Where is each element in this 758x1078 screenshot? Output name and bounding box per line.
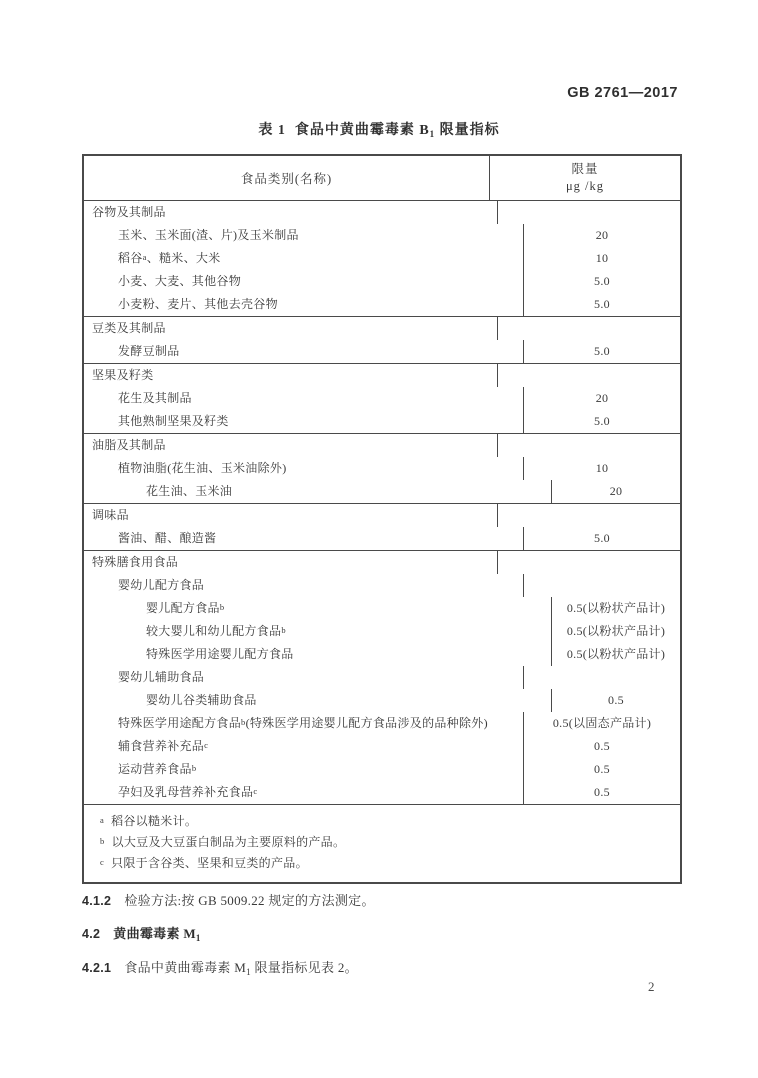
table-title: 表 1 食品中黄曲霉毒素 B1 限量指标 (0, 119, 758, 139)
footnote-item: a稻谷以糙米计。 (84, 811, 680, 832)
category-cell: 特殊医学用途婴儿配方食品 (84, 643, 551, 666)
limit-cell: 0.5(以粉状产品计) (551, 597, 680, 620)
category-cell: 酱油、醋、酿造酱 (84, 527, 523, 550)
limit-cell: 0.5 (523, 758, 680, 781)
footnote-marker: b (100, 836, 105, 846)
category-cell: 小麦、大麦、其他谷物 (84, 270, 523, 293)
clause-number: 4.2 (82, 927, 100, 941)
limit-cell: 5.0 (523, 270, 680, 293)
table-row: 小麦、大麦、其他谷物5.0 (84, 270, 680, 293)
category-cell: 花生及其制品 (84, 387, 523, 410)
table-footnotes: a稻谷以糙米计。b以大豆及大豆蛋白制品为主要原料的产品。c只限于含谷类、坚果和豆… (84, 804, 680, 882)
limit-cell: 0.5 (523, 735, 680, 758)
category-cell: 植物油脂(花生油、玉米油除外) (84, 457, 523, 480)
limit-cell: 5.0 (523, 410, 680, 433)
table-row: 谷物及其制品 (84, 201, 680, 224)
category-cell: 坚果及籽类 (84, 364, 497, 387)
table-row: 其他熟制坚果及籽类5.0 (84, 410, 680, 433)
category-cell: 豆类及其制品 (84, 317, 497, 340)
limit-cell: 20 (523, 387, 680, 410)
table-section: 特殊膳食用食品婴幼儿配方食品婴儿配方食品b0.5(以粉状产品计)较大婴儿和幼儿配… (84, 550, 680, 804)
limit-cell (523, 574, 680, 597)
limit-cell: 0.5(以粉状产品计) (551, 620, 680, 643)
table-row: 特殊医学用途婴儿配方食品0.5(以粉状产品计) (84, 643, 680, 666)
table-row: 婴幼儿谷类辅助食品0.5 (84, 689, 680, 712)
category-cell: 较大婴儿和幼儿配方食品b (84, 620, 551, 643)
table-row: 较大婴儿和幼儿配方食品b0.5(以粉状产品计) (84, 620, 680, 643)
table-row: 辅食营养补充品c0.5 (84, 735, 680, 758)
limit-cell: 0.5(以固态产品计) (523, 712, 680, 735)
limit-cell: 5.0 (523, 293, 680, 316)
category-cell: 调味品 (84, 504, 497, 527)
limit-cell (497, 434, 680, 457)
table-row: 孕妇及乳母营养补充食品c0.5 (84, 781, 680, 804)
limit-header-unit: μg /kg (566, 178, 604, 195)
table-section: 豆类及其制品发酵豆制品5.0 (84, 316, 680, 363)
category-cell: 油脂及其制品 (84, 434, 497, 457)
category-cell: 稻谷a、糙米、大米 (84, 247, 523, 270)
table-row: 婴幼儿辅助食品 (84, 666, 680, 689)
table-row: 婴儿配方食品b0.5(以粉状产品计) (84, 597, 680, 620)
limit-cell: 20 (523, 224, 680, 247)
table-row: 稻谷a、糙米、大米10 (84, 247, 680, 270)
category-cell: 花生油、玉米油 (84, 480, 551, 503)
clause-text: 黄曲霉毒素 M1 (113, 926, 200, 941)
table-body: 谷物及其制品玉米、玉米面(渣、片)及玉米制品20稻谷a、糙米、大米10小麦、大麦… (84, 200, 680, 804)
table-row: 玉米、玉米面(渣、片)及玉米制品20 (84, 224, 680, 247)
category-cell: 特殊医学用途配方食品b(特殊医学用途婴儿配方食品涉及的品种除外) (84, 712, 523, 735)
table-row: 油脂及其制品 (84, 434, 680, 457)
limit-cell: 0.5 (523, 781, 680, 804)
clause-number: 4.2.1 (82, 961, 111, 975)
table-row: 调味品 (84, 504, 680, 527)
category-cell: 运动营养食品b (84, 758, 523, 781)
clause-text: 检验方法:按 GB 5009.22 规定的方法测定。 (124, 893, 374, 908)
category-cell: 玉米、玉米面(渣、片)及玉米制品 (84, 224, 523, 247)
limit-cell (497, 364, 680, 387)
footnote-marker: a (100, 815, 104, 825)
page-number: 2 (648, 979, 655, 995)
limit-cell: 0.5 (551, 689, 680, 712)
category-cell: 婴幼儿配方食品 (84, 574, 523, 597)
clause-paragraph: 4.2黄曲霉毒素 M1 (82, 924, 678, 945)
limit-cell: 20 (551, 480, 680, 503)
table-row: 运动营养食品b0.5 (84, 758, 680, 781)
limit-cell: 5.0 (523, 340, 680, 363)
limit-cell: 10 (523, 247, 680, 270)
table-row: 特殊膳食用食品 (84, 551, 680, 574)
footnote-text: 只限于含谷类、坚果和豆类的产品。 (111, 856, 308, 870)
category-cell: 婴幼儿谷类辅助食品 (84, 689, 551, 712)
category-cell: 小麦粉、麦片、其他去壳谷物 (84, 293, 523, 316)
footnote-text: 稻谷以糙米计。 (111, 814, 197, 828)
standard-number: GB 2761—2017 (567, 85, 678, 101)
column-header-category: 食品类别(名称) (84, 156, 489, 200)
limit-cell: 0.5(以粉状产品计) (551, 643, 680, 666)
footnote-item: b以大豆及大豆蛋白制品为主要原料的产品。 (84, 832, 680, 853)
category-cell: 发酵豆制品 (84, 340, 523, 363)
table-row: 小麦粉、麦片、其他去壳谷物5.0 (84, 293, 680, 316)
table-row: 豆类及其制品 (84, 317, 680, 340)
limit-cell: 10 (523, 457, 680, 480)
table-row: 花生及其制品20 (84, 387, 680, 410)
limit-cell (497, 504, 680, 527)
limit-cell (497, 201, 680, 224)
table-row: 婴幼儿配方食品 (84, 574, 680, 597)
table-row: 植物油脂(花生油、玉米油除外)10 (84, 457, 680, 480)
category-cell: 辅食营养补充品c (84, 735, 523, 758)
table-row: 花生油、玉米油20 (84, 480, 680, 503)
category-cell: 谷物及其制品 (84, 201, 497, 224)
table-row: 坚果及籽类 (84, 364, 680, 387)
clause-text: 食品中黄曲霉毒素 M1 限量指标见表 2。 (124, 960, 358, 975)
limit-header-label: 限量 (571, 161, 598, 178)
footnote-text: 以大豆及大豆蛋白制品为主要原料的产品。 (112, 835, 346, 849)
clause-paragraph: 4.1.2检验方法:按 GB 5009.22 规定的方法测定。 (82, 891, 678, 911)
category-cell: 孕妇及乳母营养补充食品c (84, 781, 523, 804)
table-section: 坚果及籽类花生及其制品20其他熟制坚果及籽类5.0 (84, 363, 680, 433)
category-cell: 其他熟制坚果及籽类 (84, 410, 523, 433)
table-section: 谷物及其制品玉米、玉米面(渣、片)及玉米制品20稻谷a、糙米、大米10小麦、大麦… (84, 200, 680, 316)
body-paragraphs: 4.1.2检验方法:按 GB 5009.22 规定的方法测定。4.2黄曲霉毒素 … (82, 891, 678, 992)
column-header-limit: 限量 μg /kg (489, 156, 680, 200)
footnote-marker: c (100, 857, 104, 867)
category-cell: 婴儿配方食品b (84, 597, 551, 620)
table-row: 特殊医学用途配方食品b(特殊医学用途婴儿配方食品涉及的品种除外)0.5(以固态产… (84, 712, 680, 735)
clause-paragraph: 4.2.1食品中黄曲霉毒素 M1 限量指标见表 2。 (82, 958, 678, 979)
limits-table: 食品类别(名称) 限量 μg /kg 谷物及其制品玉米、玉米面(渣、片)及玉米制… (82, 154, 682, 884)
limit-cell (497, 551, 680, 574)
table-row: 酱油、醋、酿造酱5.0 (84, 527, 680, 550)
document-page: GB 2761—2017 表 1 食品中黄曲霉毒素 B1 限量指标 食品类别(名… (0, 0, 758, 1078)
footnote-item: c只限于含谷类、坚果和豆类的产品。 (84, 853, 680, 874)
category-cell: 婴幼儿辅助食品 (84, 666, 523, 689)
table-row: 发酵豆制品5.0 (84, 340, 680, 363)
table-header-row: 食品类别(名称) 限量 μg /kg (84, 156, 680, 200)
limit-cell: 5.0 (523, 527, 680, 550)
clause-number: 4.1.2 (82, 894, 111, 908)
limit-cell (497, 317, 680, 340)
category-cell: 特殊膳食用食品 (84, 551, 497, 574)
table-section: 调味品酱油、醋、酿造酱5.0 (84, 503, 680, 550)
table-section: 油脂及其制品植物油脂(花生油、玉米油除外)10花生油、玉米油20 (84, 433, 680, 503)
limit-cell (523, 666, 680, 689)
